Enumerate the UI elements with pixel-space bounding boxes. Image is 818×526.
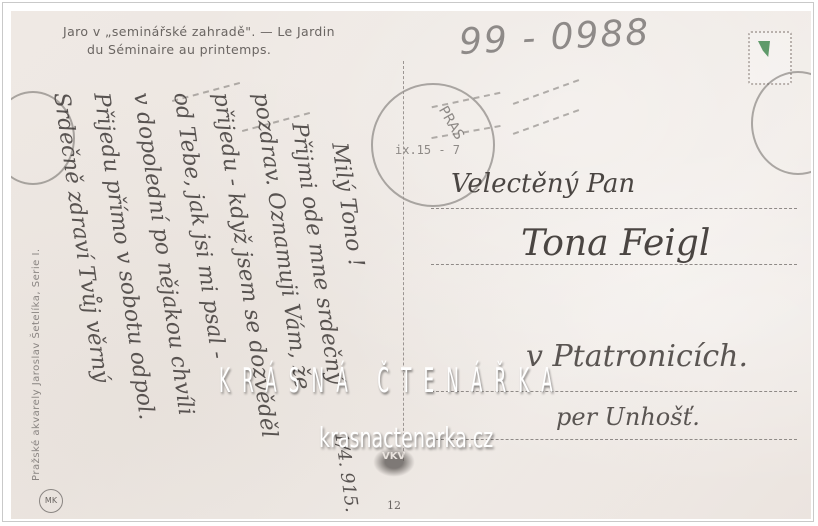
address-line xyxy=(431,208,797,209)
publisher-imprint: Pražské akvarely Jaroslav Šetelíka, Seri… xyxy=(31,248,42,481)
postmark-right xyxy=(751,71,811,175)
page-number: 12 xyxy=(387,499,401,512)
archive-number: 99 - 0988 xyxy=(458,12,651,63)
caption-line-2: du Séminaire au printemps. xyxy=(63,41,335,59)
address-recipient: Tona Feigl xyxy=(521,223,710,264)
address-post-office: per Unhošť. xyxy=(556,403,700,431)
cancel-wave xyxy=(513,79,579,105)
letter-line: Milý Tono ! xyxy=(326,141,368,269)
postcard-back: Jaro v „seminářské zahradě". — Le Jardin… xyxy=(11,11,811,519)
caption-line-1: Jaro v „seminářské zahradě". — Le Jardin xyxy=(63,23,335,41)
postcard-caption: Jaro v „seminářské zahradě". — Le Jardin… xyxy=(63,23,335,59)
cancel-wave xyxy=(513,109,579,135)
postmark-date: ix.15 - 7 xyxy=(395,143,460,157)
image-frame: Jaro v „seminářské zahradě". — Le Jardin… xyxy=(2,2,814,522)
address-salutation: Velectěný Pan xyxy=(451,169,635,199)
address-line xyxy=(431,264,797,265)
watermark-title: KRÁSNÁ ČTENÁŘKA xyxy=(219,361,565,401)
stamp-fragment-icon xyxy=(758,41,770,57)
center-divider xyxy=(403,61,404,461)
mk-logo-icon: MK xyxy=(39,489,63,513)
watermark-url: krasnactenarka.cz xyxy=(319,421,493,454)
